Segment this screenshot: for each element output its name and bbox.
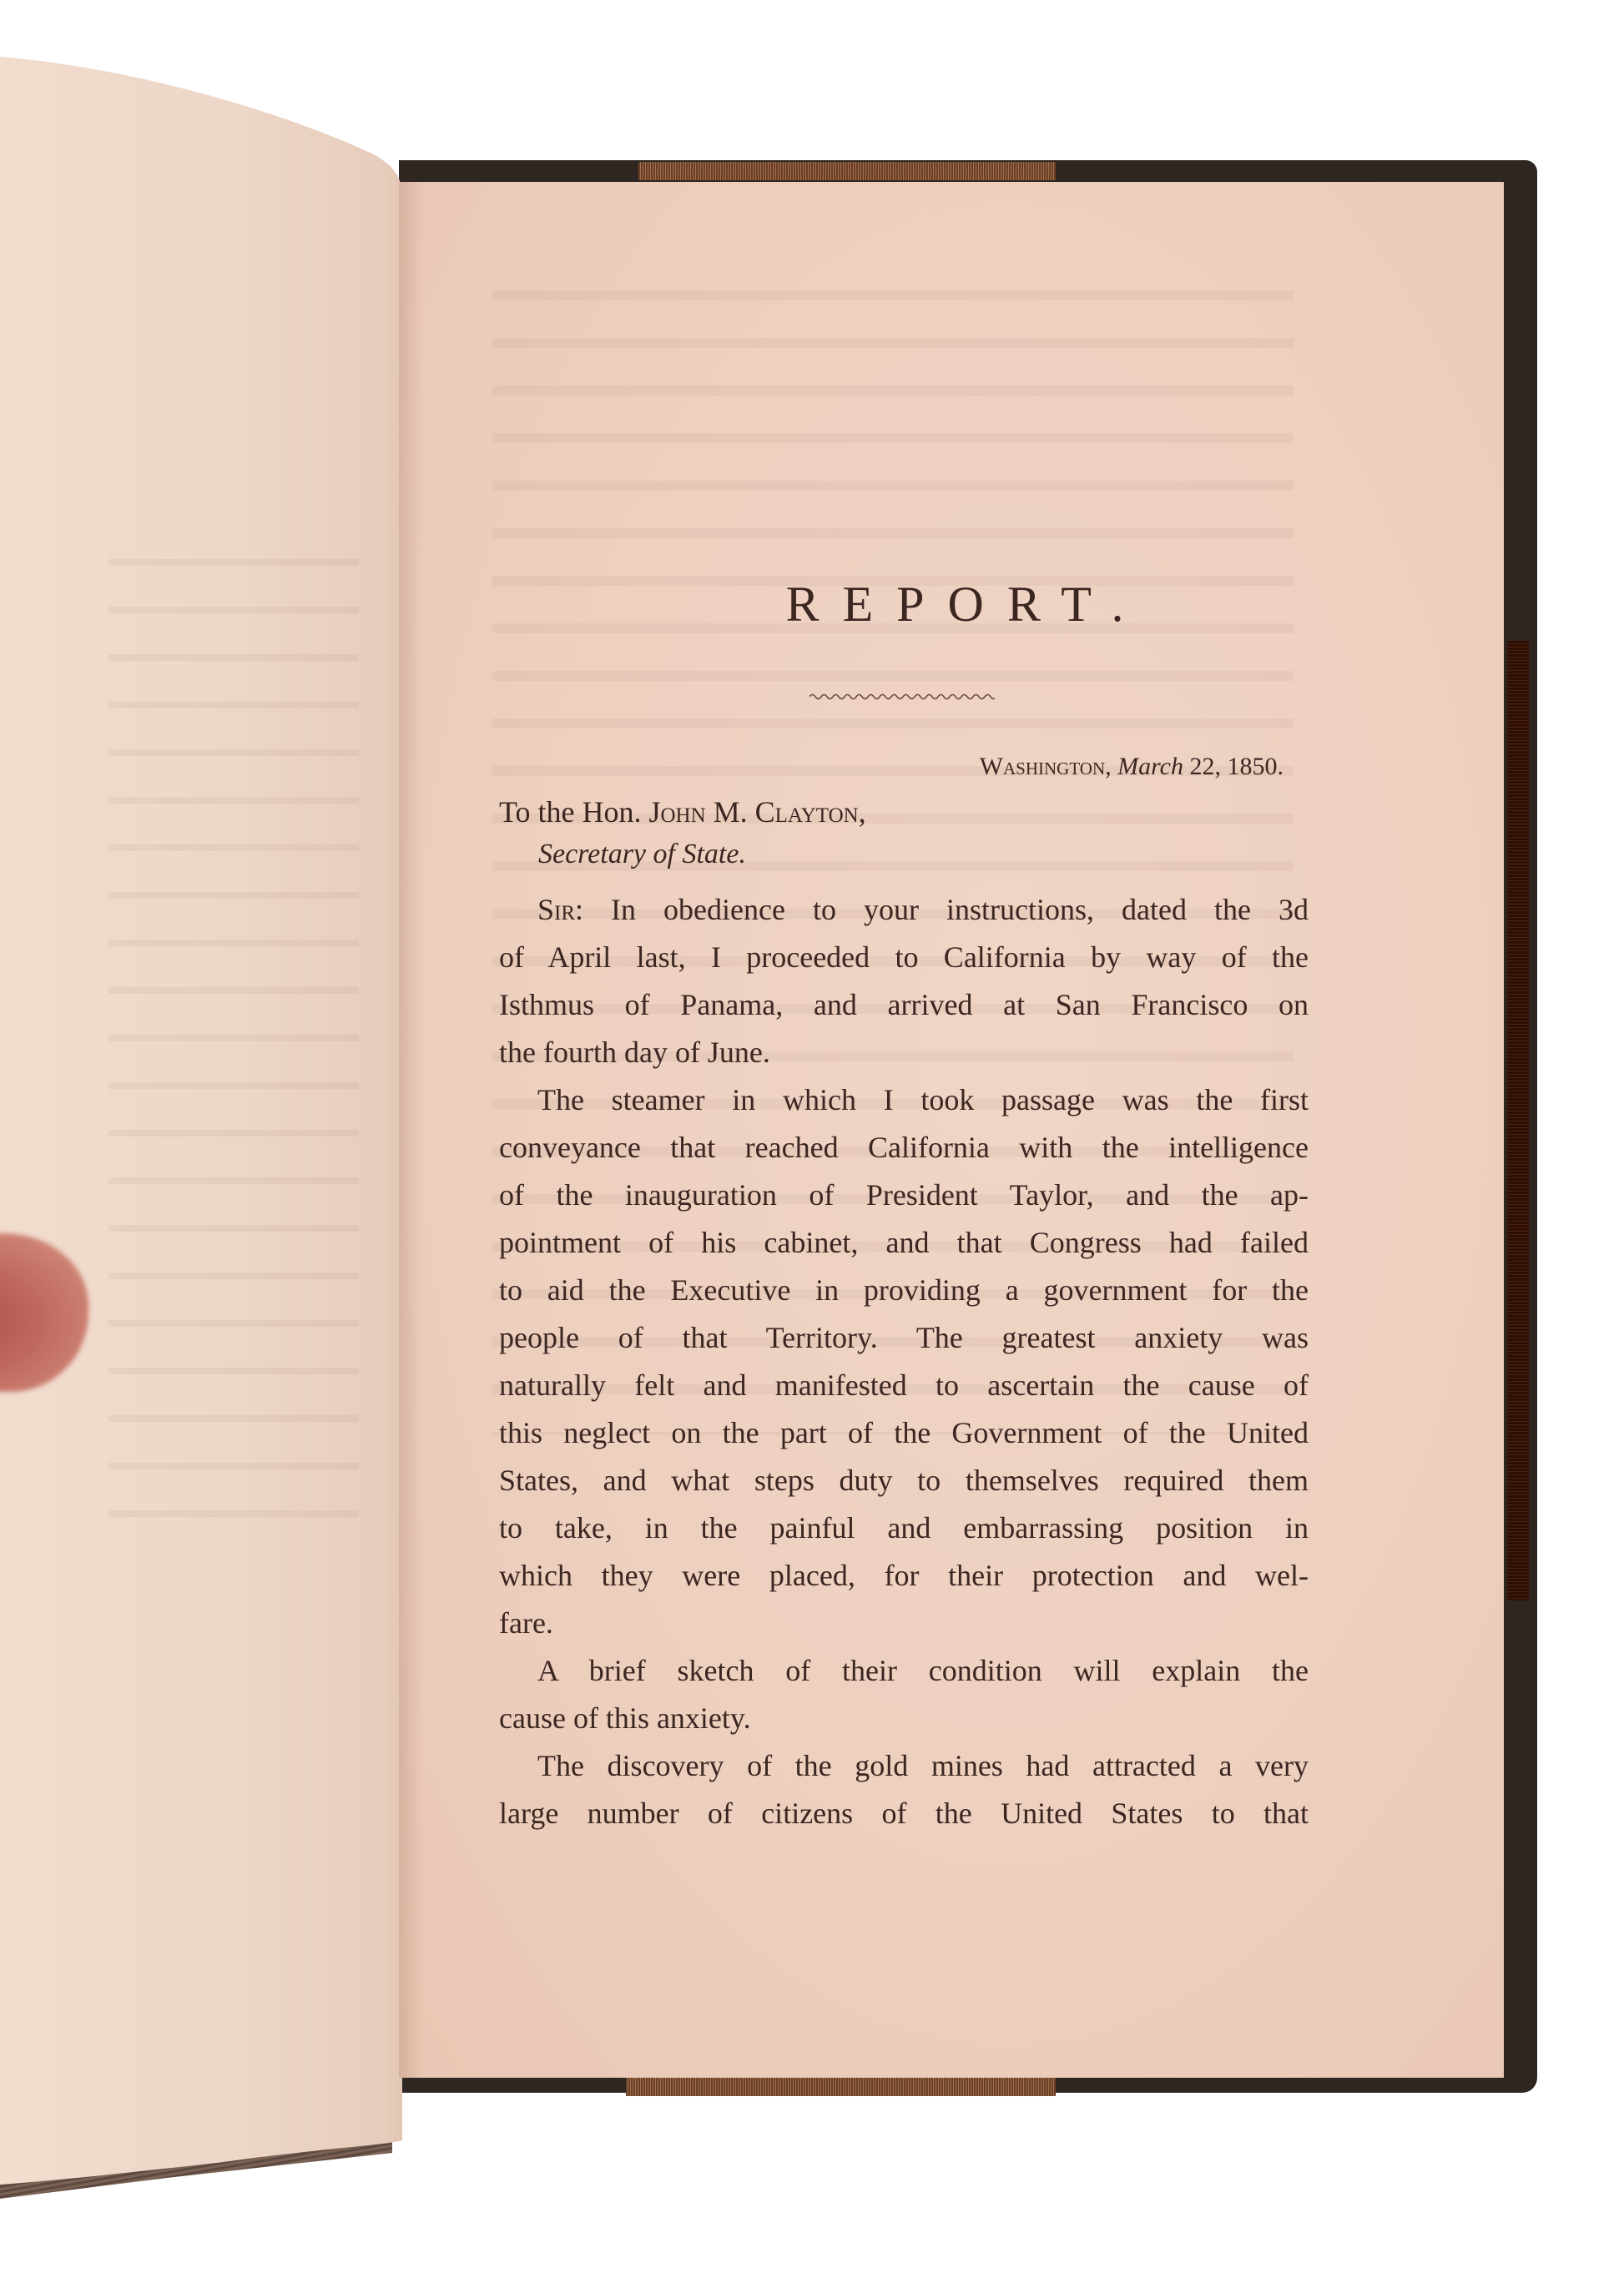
text-line: large number of citizens of the United S… [499, 1790, 1309, 1837]
text-line-content: people of that Territory. The greatest a… [499, 1321, 1309, 1354]
text-line: pointment of his cabinet, and that Congr… [499, 1219, 1309, 1267]
text-line: which they were placed, for their protec… [499, 1552, 1309, 1600]
addressee-prefix: To the Hon. [499, 795, 641, 829]
addressee-title: Secretary of State. [538, 839, 746, 870]
text-line-content: naturally felt and manifested to ascerta… [499, 1368, 1309, 1402]
text-line-content: conveyance that reached California with … [499, 1131, 1309, 1164]
text-line-content: large number of citizens of the United S… [499, 1797, 1309, 1830]
addressee-name: John M. Clayton, [648, 795, 865, 829]
wavy-rule-ornament [809, 689, 995, 704]
text-line: people of that Territory. The greatest a… [499, 1314, 1309, 1362]
report-title: REPORT. [399, 576, 1519, 633]
text-line: cause of this anxiety. [499, 1695, 1309, 1742]
text-line-content: The discovery of the gold mines had attr… [537, 1749, 1309, 1782]
text-line-content: States, and what steps duty to themselve… [499, 1464, 1309, 1497]
text-line-content: of April last, I proceeded to California… [499, 940, 1309, 974]
dateline-place: Washington, [980, 753, 1112, 780]
text-line-content: Isthmus of Panama, and arrived at San Fr… [499, 988, 1309, 1021]
report-body: Sir: In obedience to your instructions, … [499, 886, 1309, 1837]
cover-cloth-right [1507, 641, 1529, 1600]
text-line-content: this neglect on the part of the Governme… [499, 1416, 1309, 1449]
text-line-content: which they were placed, for their protec… [499, 1559, 1309, 1592]
gutter-shadow [399, 182, 424, 2078]
text-line: fare. [499, 1600, 1309, 1647]
text-line: States, and what steps duty to themselve… [499, 1457, 1309, 1504]
text-line: A brief sketch of their condition will e… [499, 1647, 1309, 1695]
text-line-content: to take, in the painful and embarrassing… [499, 1511, 1309, 1545]
cover-cloth-bottom [626, 2078, 1056, 2096]
text-line-content: the fourth day of June. [499, 1036, 770, 1069]
dateline: Washington, March 22, 1850. [501, 753, 1284, 781]
text-line: to take, in the painful and embarrassing… [499, 1504, 1309, 1552]
text-line-content: The steamer in which I took passage was … [537, 1083, 1309, 1116]
text-line: Isthmus of Panama, and arrived at San Fr… [499, 981, 1309, 1029]
text-line-content: to aid the Executive in providing a gove… [499, 1273, 1309, 1307]
text-line: conveyance that reached California with … [499, 1124, 1309, 1172]
text-line-content: A brief sketch of their condition will e… [537, 1654, 1309, 1687]
text-line: this neglect on the part of the Governme… [499, 1409, 1309, 1457]
text-line-content: of the inauguration of President Taylor,… [499, 1178, 1309, 1212]
addressee: To the Hon. John M. Clayton, [499, 794, 866, 829]
text-line-content: pointment of his cabinet, and that Congr… [499, 1226, 1309, 1259]
left-page-bleed-through [108, 534, 359, 1535]
text-line: The steamer in which I took passage was … [499, 1076, 1309, 1124]
text-line: naturally felt and manifested to ascerta… [499, 1362, 1309, 1409]
dateline-month: March [1117, 753, 1183, 780]
dateline-day-year: 22, 1850. [1190, 753, 1284, 780]
text-line: Sir: In obedience to your instructions, … [499, 886, 1309, 934]
text-line: of April last, I proceeded to California… [499, 934, 1309, 981]
text-line-content: fare. [499, 1606, 553, 1640]
text-line: the fourth day of June. [499, 1029, 1309, 1076]
text-line: of the inauguration of President Taylor,… [499, 1172, 1309, 1219]
cover-cloth-top [638, 162, 1056, 180]
text-line-content: cause of this anxiety. [499, 1701, 751, 1735]
text-line: The discovery of the gold mines had attr… [499, 1742, 1309, 1790]
text-line: to aid the Executive in providing a gove… [499, 1267, 1309, 1314]
salutation: Sir: [537, 893, 611, 926]
text-line-content: In obedience to your instructions, dated… [611, 893, 1309, 926]
